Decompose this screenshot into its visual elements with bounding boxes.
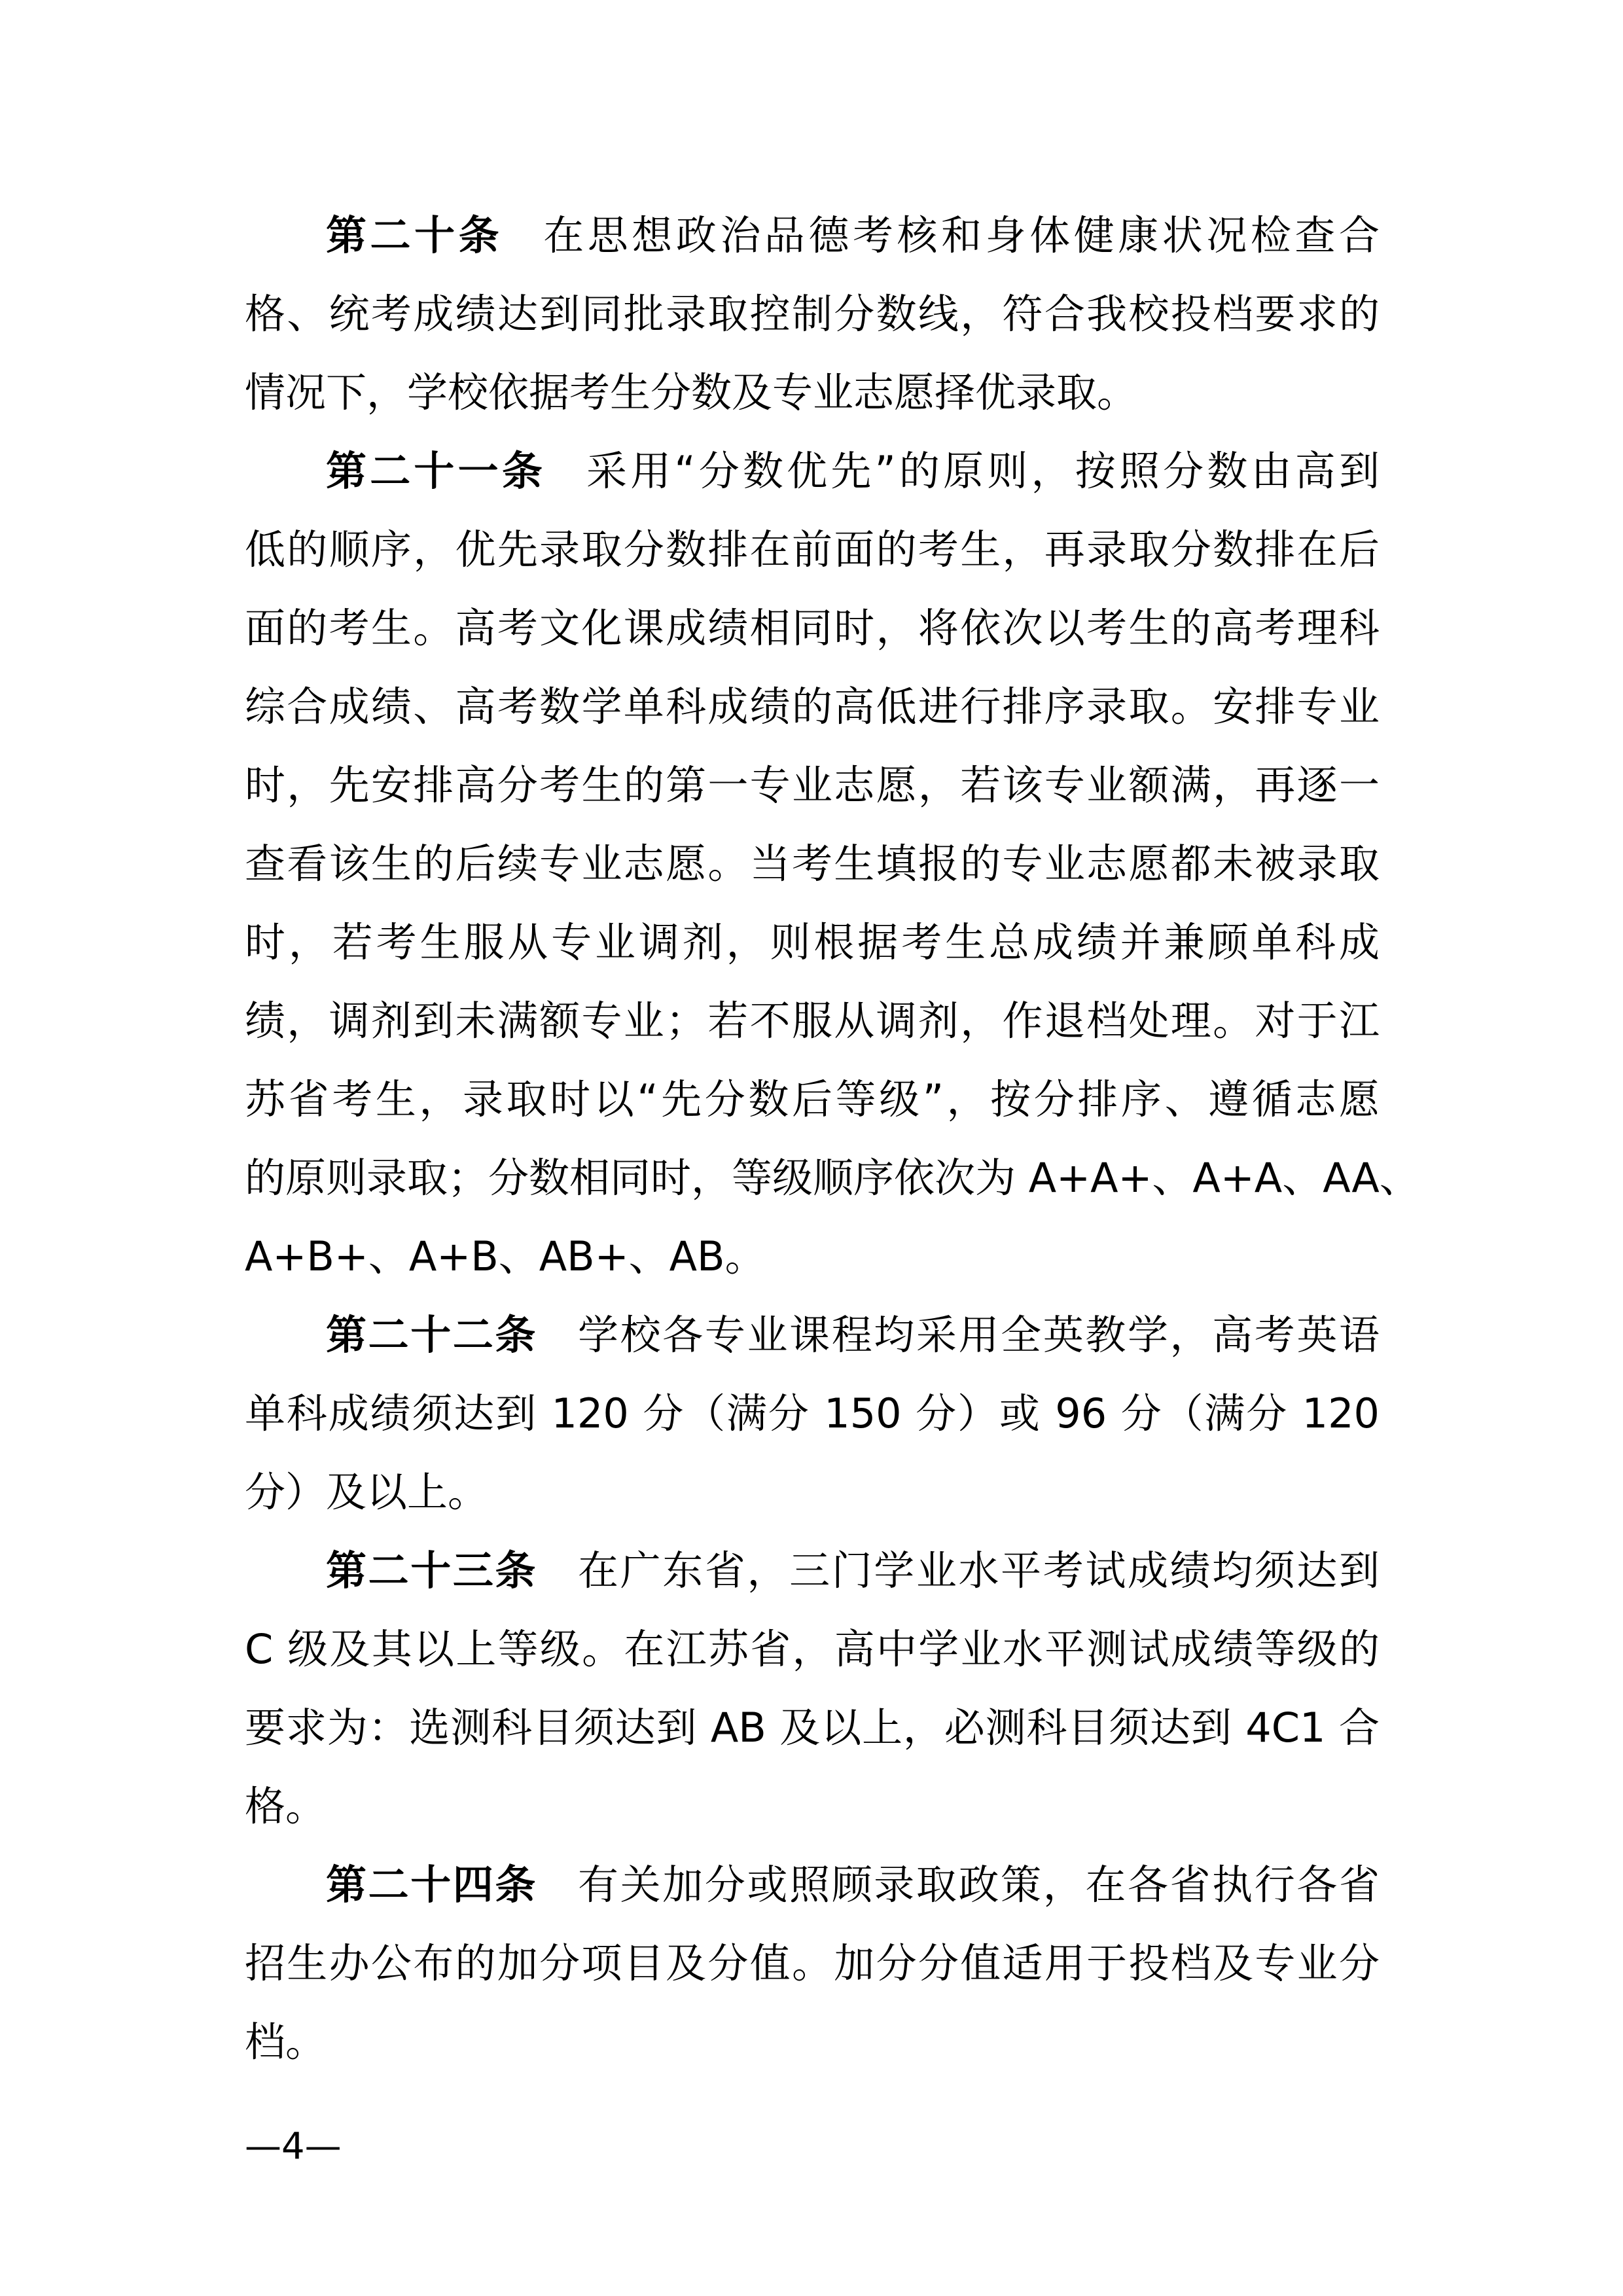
article-line: 面的考生。高考文化课成绩相同时，将依次以考生的高考理科 — [245, 589, 1380, 668]
page-number: —4— — [245, 2121, 342, 2173]
article-first-line: 第二十三条在广东省，三门学业水平考试成绩均须达到 — [245, 1532, 1380, 1610]
article-line: 苏省考生，录取时以“先分数后等级”，按分排序、遵循志愿 — [245, 1060, 1380, 1139]
article-first-line: 第二十二条学校各专业课程均采用全英教学，高考英语 — [245, 1296, 1380, 1374]
article-text: 有关加分或照顾录取政策，在各省执行各省 — [578, 1861, 1380, 1909]
article-first-line: 第二十条在思想政治品德考核和身体健康状况检查合 — [245, 196, 1380, 275]
article-heading: 第二十三条 — [326, 1547, 537, 1594]
article-20: 第二十条在思想政治品德考核和身体健康状况检查合 格、统考成绩达到同批录取控制分数… — [245, 196, 1380, 432]
article-first-line: 第二十一条采用“分数优先”的原则，按照分数由高到 — [245, 432, 1380, 511]
article-heading: 第二十二条 — [326, 1311, 537, 1359]
article-line: 单科成绩须达到 120 分（满分 150 分）或 96 分（满分 120 — [245, 1374, 1380, 1453]
article-line: 时，若考生服从专业调剂，则根据考生总成绩并兼顾单科成 — [245, 903, 1380, 982]
document-page: 第二十条在思想政治品德考核和身体健康状况检查合 格、统考成绩达到同批录取控制分数… — [245, 196, 1380, 2081]
article-line: 时，先安排高分考生的第一专业志愿，若该专业额满，再逐一 — [245, 746, 1380, 825]
article-line: 格、统考成绩达到同批录取控制分数线，符合我校投档要求的 — [245, 275, 1380, 353]
article-line: 低的顺序，优先录取分数排在前面的考生，再录取分数排在后 — [245, 511, 1380, 589]
article-line: 要求为：选测科目须达到 AB 及以上，必测科目须达到 4C1 合 — [245, 1689, 1380, 1767]
article-24: 第二十四条有关加分或照顾录取政策，在各省执行各省 招生办公布的加分项目及分值。加… — [245, 1846, 1380, 2081]
article-line: 绩，调剂到未满额专业；若不服从调剂，作退档处理。对于江 — [245, 982, 1380, 1060]
article-text: 学校各专业课程均采用全英教学，高考英语 — [578, 1311, 1380, 1359]
article-first-line: 第二十四条有关加分或照顾录取政策，在各省执行各省 — [245, 1846, 1380, 1924]
article-line: 查看该生的后续专业志愿。当考生填报的专业志愿都未被录取 — [245, 825, 1380, 903]
article-line: 分）及以上。 — [245, 1453, 1380, 1532]
article-heading: 第二十四条 — [326, 1861, 537, 1909]
article-line: 综合成绩、高考数学单科成绩的高低进行排序录取。安排专业 — [245, 668, 1380, 746]
article-line: 格。 — [245, 1767, 1380, 1846]
article-line: 情况下，学校依据考生分数及专业志愿择优录取。 — [245, 353, 1380, 432]
article-line: C 级及其以上等级。在江苏省，高中学业水平测试成绩等级的 — [245, 1610, 1380, 1689]
article-21: 第二十一条采用“分数优先”的原则，按照分数由高到 低的顺序，优先录取分数排在前面… — [245, 432, 1380, 1296]
article-line: 档。 — [245, 2003, 1380, 2081]
article-heading: 第二十一条 — [326, 447, 546, 495]
article-line: 招生办公布的加分项目及分值。加分分值适用于投档及专业分 — [245, 1924, 1380, 2003]
article-heading: 第二十条 — [326, 211, 503, 259]
article-text: 采用“分数优先”的原则，按照分数由高到 — [586, 447, 1380, 495]
article-line: A+B+、A+B、AB+、AB。 — [245, 1217, 1380, 1296]
article-22: 第二十二条学校各专业课程均采用全英教学，高考英语 单科成绩须达到 120 分（满… — [245, 1296, 1380, 1532]
article-text: 在思想政治品德考核和身体健康状况检查合 — [543, 211, 1380, 259]
article-line: 的原则录取；分数相同时，等级顺序依次为 A+A+、A+A、AA、 — [245, 1139, 1380, 1217]
article-text: 在广东省，三门学业水平考试成绩均须达到 — [578, 1547, 1380, 1594]
article-23: 第二十三条在广东省，三门学业水平考试成绩均须达到 C 级及其以上等级。在江苏省，… — [245, 1532, 1380, 1846]
